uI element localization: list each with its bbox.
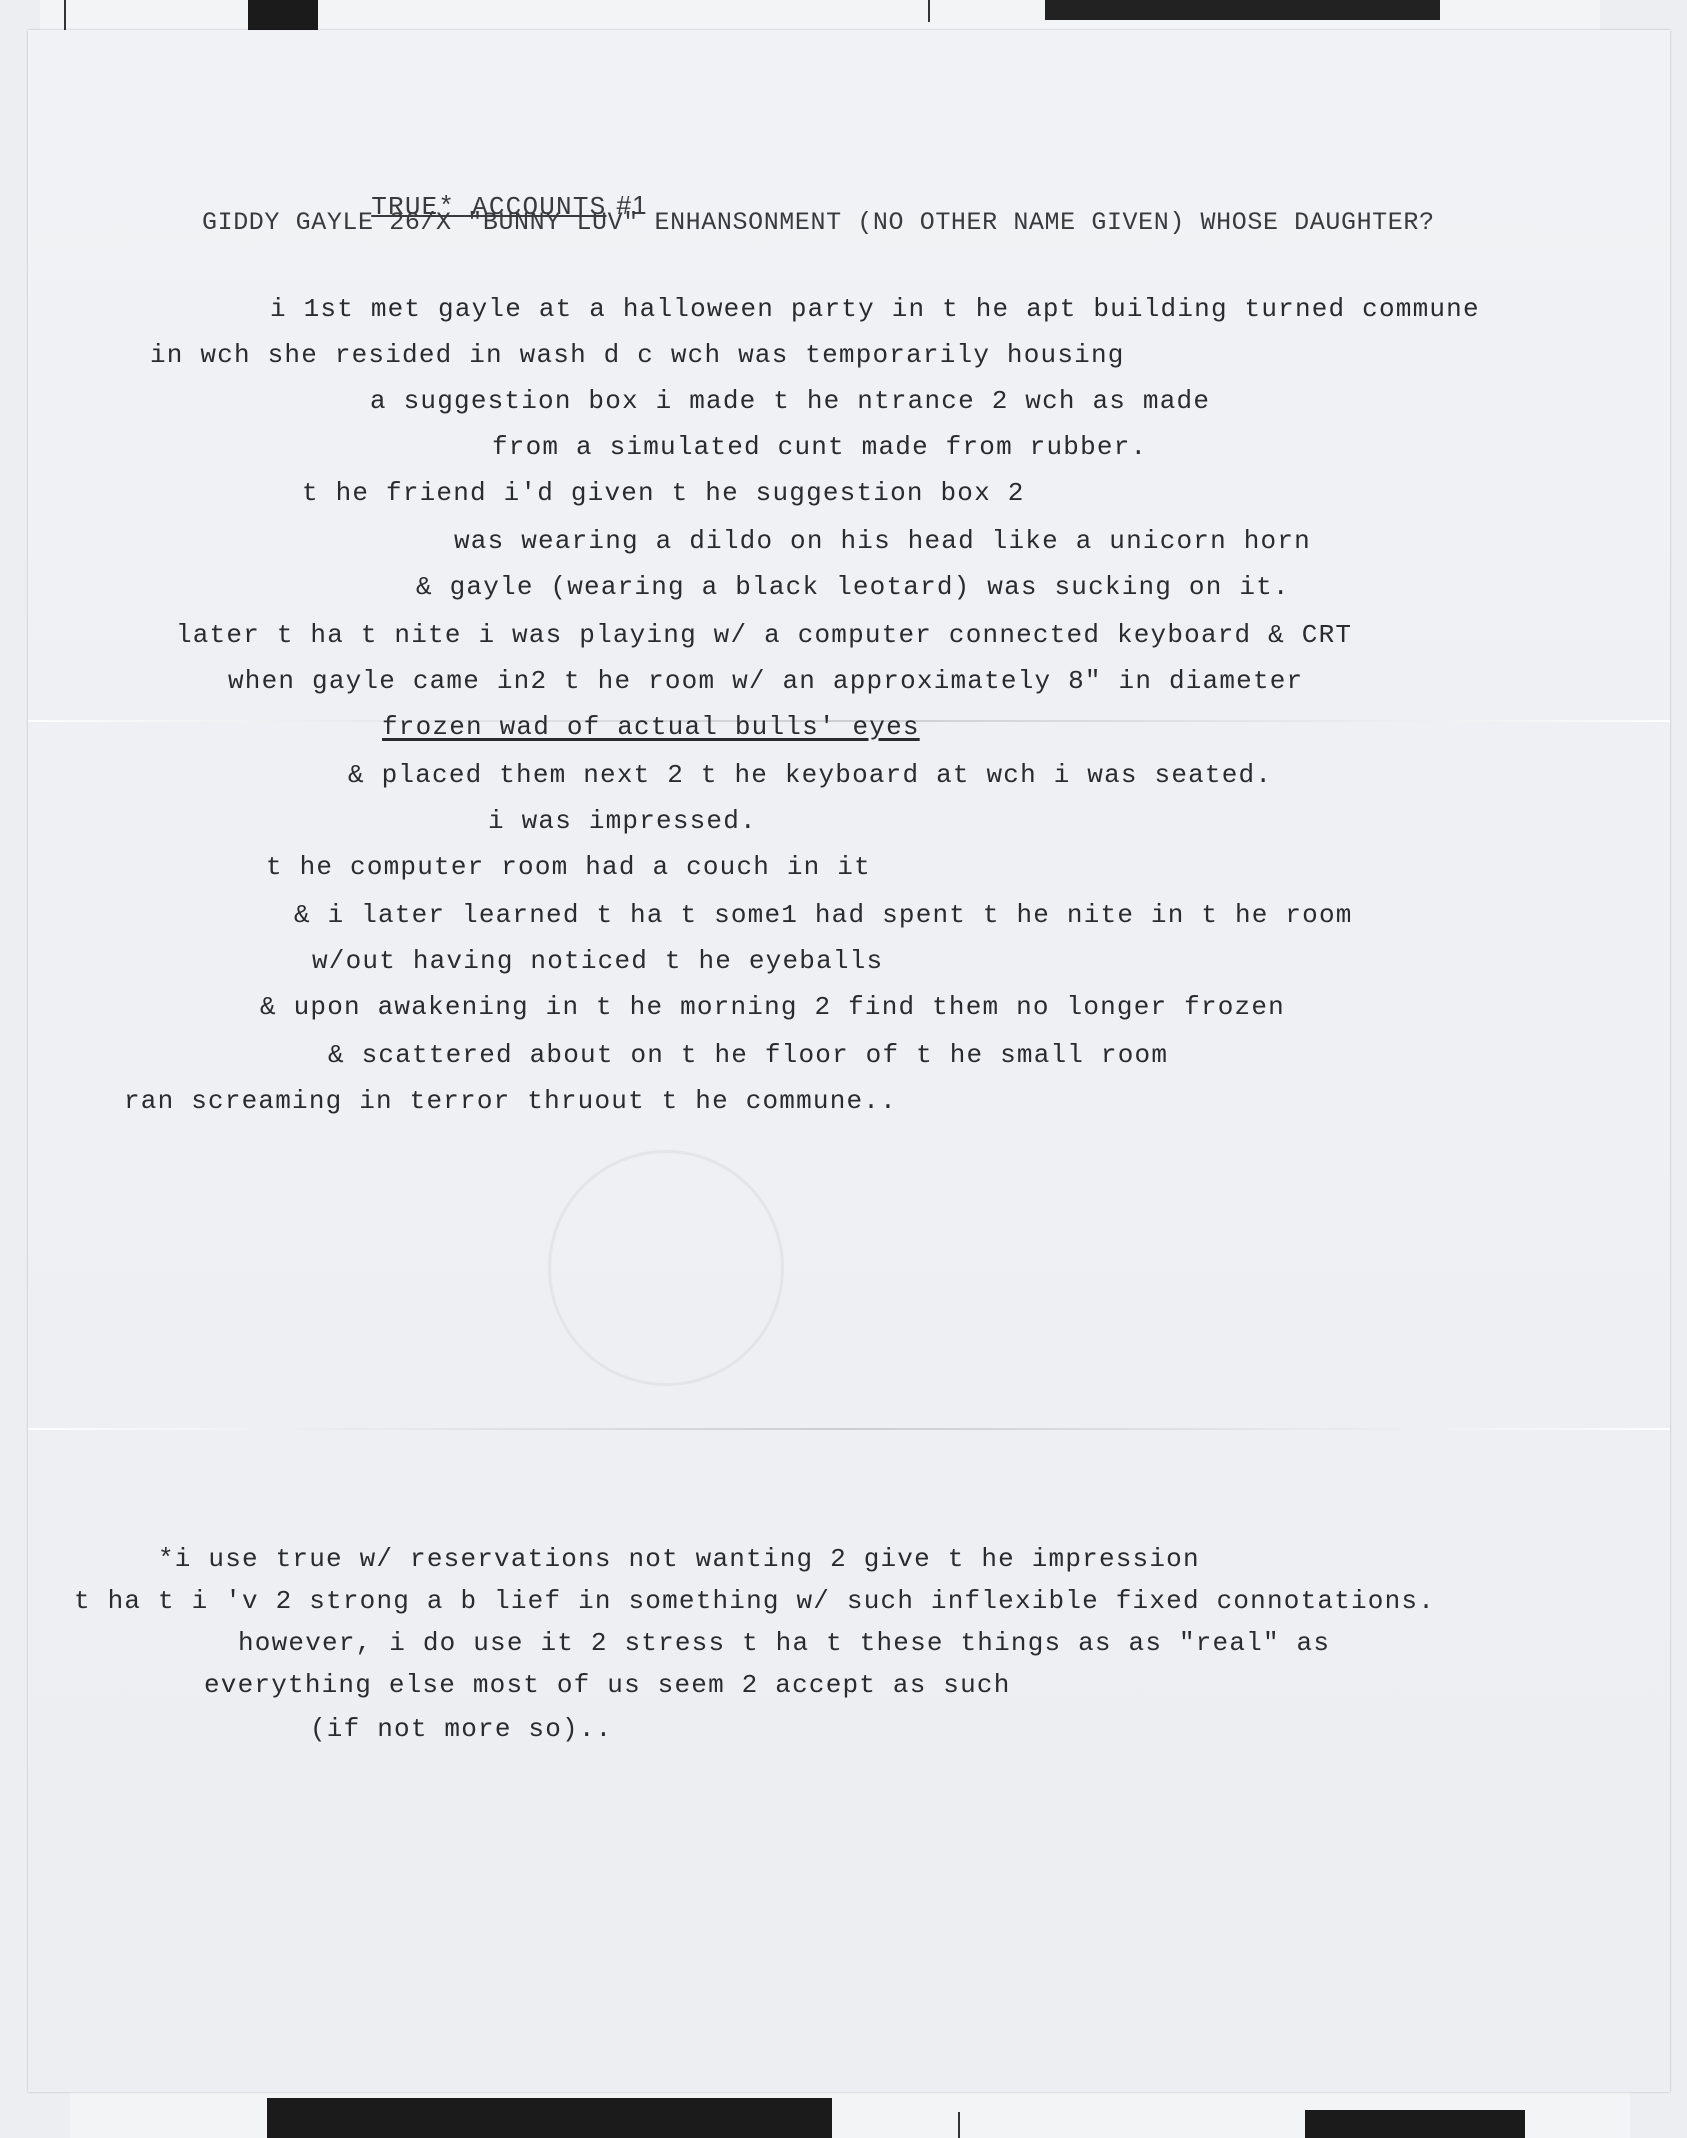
body-line: & scattered about on t he floor of t he … bbox=[328, 1040, 1168, 1070]
footnote-line: however, i do use it 2 stress t ha t the… bbox=[238, 1628, 1330, 1658]
typewritten-page: TRUE* ACCOUNTS#1 GIDDY GAYLE 26/X "BUNNY… bbox=[28, 30, 1670, 2092]
photo-strip-bottom-right bbox=[1305, 2110, 1525, 2138]
body-line: & upon awakening in t he morning 2 find … bbox=[260, 992, 1285, 1022]
body-line: & placed them next 2 t he keyboard at wc… bbox=[348, 760, 1272, 790]
body-line: t he friend i'd given t he suggestion bo… bbox=[302, 478, 1025, 508]
body-line: t he computer room had a couch in it bbox=[266, 852, 871, 882]
photo-strip-top-right bbox=[1045, 0, 1440, 20]
edge-line bbox=[958, 2112, 960, 2138]
photo-strip-bottom-left bbox=[267, 2098, 832, 2138]
body-line-underlined: frozen wad of actual bulls' eyes bbox=[382, 712, 920, 742]
paper-fold-line bbox=[28, 1428, 1670, 1430]
body-line: was wearing a dildo on his head like a u… bbox=[454, 526, 1311, 556]
body-line: i was impressed. bbox=[488, 806, 757, 836]
body-line: ran screaming in terror thruout t he com… bbox=[124, 1086, 897, 1116]
footnote-line: t ha t i 'v 2 strong a b lief in somethi… bbox=[74, 1586, 1435, 1616]
body-line: i 1st met gayle at a halloween party in … bbox=[270, 294, 1480, 324]
body-line: in wch she resided in wash d c wch was t… bbox=[150, 340, 1125, 370]
body-line: from a simulated cunt made from rubber. bbox=[492, 432, 1147, 462]
edge-line bbox=[928, 0, 930, 22]
body-line: later t ha t nite i was playing w/ a com… bbox=[176, 620, 1352, 650]
document-subtitle: GIDDY GAYLE 26/X "BUNNY LUV" ENHANSONMEN… bbox=[202, 208, 1435, 238]
footnote-line: *i use true w/ reservations not wanting … bbox=[158, 1544, 1200, 1574]
footnote-line: everything else most of us seem 2 accept… bbox=[204, 1670, 1011, 1700]
body-line: & gayle (wearing a black leotard) was su… bbox=[416, 572, 1290, 602]
body-line: when gayle came in2 t he room w/ an appr… bbox=[228, 666, 1303, 696]
show-through-stamp bbox=[548, 1150, 784, 1386]
footnote-line: (if not more so).. bbox=[310, 1714, 612, 1744]
body-line: & i later learned t ha t some1 had spent… bbox=[294, 900, 1353, 930]
document-title: TRUE* ACCOUNTS#1 bbox=[304, 160, 648, 252]
photo-strip-top-left bbox=[248, 0, 318, 32]
body-line: w/out having noticed t he eyeballs bbox=[312, 946, 883, 976]
body-line: a suggestion box i made t he ntrance 2 w… bbox=[370, 386, 1210, 416]
